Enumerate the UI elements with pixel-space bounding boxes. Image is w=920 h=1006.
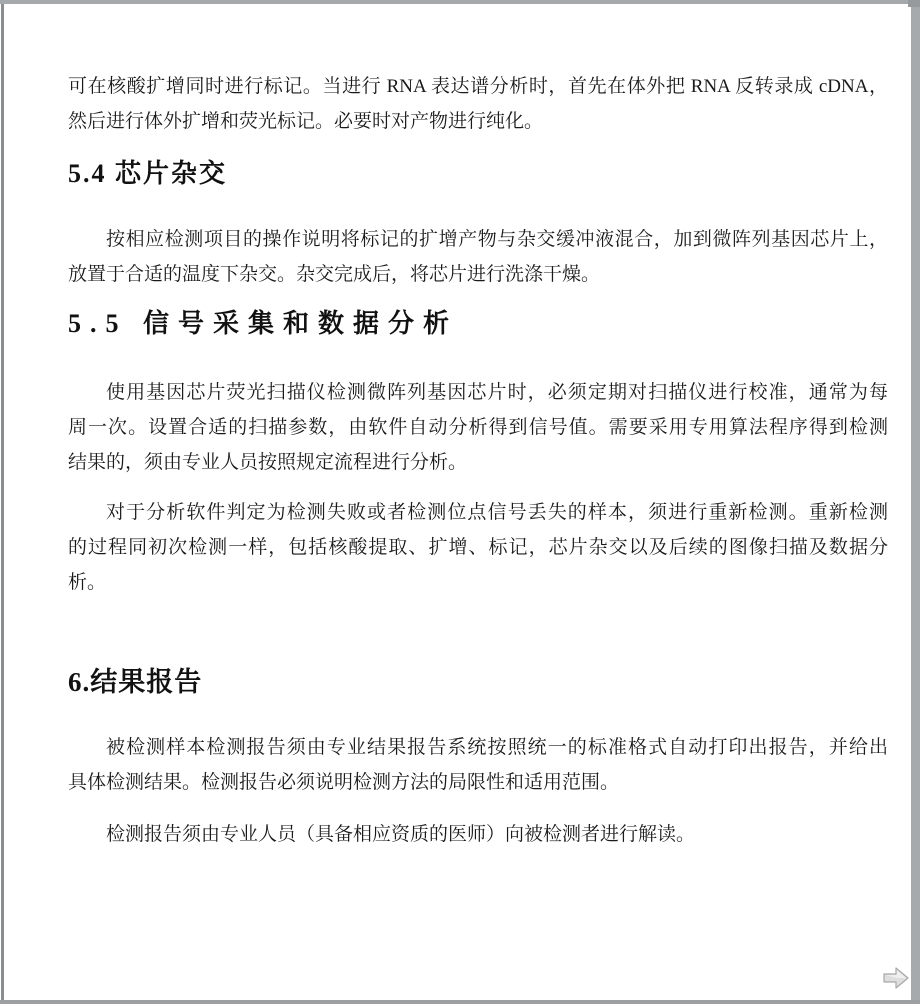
paragraph-line: 按相应检测项目的操作说明将标记的扩增产物与杂交缓冲液混合，加到微阵列基因芯片上， [68, 222, 888, 257]
paragraph-line: 的过程同初次检测一样，包括核酸提取、扩增、标记，芯片杂交以及后续的图像扫描及数据… [68, 530, 888, 565]
page-edge-top [0, 0, 920, 4]
page-edge-right [911, 0, 920, 1001]
paragraph-line: 对于分析软件判定为检测失败或者检测位点信号丢失的样本，须进行重新检测。重新检测 [68, 495, 888, 530]
paragraph: 检测报告须由专业人员（具备相应资质的医师）向被检测者进行解读。 [68, 817, 888, 852]
paragraph-line: 使用基因芯片荧光扫描仪检测微阵列基因芯片时，必须定期对扫描仪进行校准，通常为每 [68, 375, 888, 410]
page-edge-bottom [0, 1000, 920, 1004]
section-heading-6: 6.结果报告 [68, 666, 202, 698]
paragraph-line: 然后进行体外扩增和荧光标记。必要时对产物进行纯化。 [68, 104, 888, 139]
section-heading-5-5: 5.5 信号采集和数据分析 [68, 308, 458, 340]
paragraph-line: 被检测样本检测报告须由专业结果报告系统按照统一的标准格式自动打印出报告，并给出 [68, 730, 888, 765]
paragraph-line: 结果的，须由专业人员按照规定流程进行分析。 [68, 445, 888, 480]
paragraph-line: 周一次。设置合适的扫描参数，由软件自动分析得到信号值。需要采用专用算法程序得到检… [68, 410, 888, 445]
paragraph: 被检测样本检测报告须由专业结果报告系统按照统一的标准格式自动打印出报告，并给出 … [68, 730, 888, 800]
paragraph: 使用基因芯片荧光扫描仪检测微阵列基因芯片时，必须定期对扫描仪进行校准，通常为每 … [68, 375, 888, 480]
section-heading-5-4: 5.4 芯片杂交 [68, 158, 227, 190]
page-edge-right-corner [908, 0, 920, 7]
paragraph-line: 检测报告须由专业人员（具备相应资质的医师）向被检测者进行解读。 [68, 817, 888, 852]
page-edge-left [1, 4, 4, 1001]
paragraph: 可在核酸扩增同时进行标记。当进行 RNA 表达谱分析时，首先在体外把 RNA 反… [68, 69, 888, 139]
paragraph-line: 放置于合适的温度下杂交。杂交完成后，将芯片进行洗涤干燥。 [68, 257, 888, 292]
next-page-arrow-icon[interactable] [881, 963, 911, 993]
paragraph: 对于分析软件判定为检测失败或者检测位点信号丢失的样本，须进行重新检测。重新检测 … [68, 495, 888, 600]
paragraph-line: 具体检测结果。检测报告必须说明检测方法的局限性和适用范围。 [68, 765, 888, 800]
paragraph-line: 析。 [68, 565, 888, 600]
paragraph: 按相应检测项目的操作说明将标记的扩增产物与杂交缓冲液混合，加到微阵列基因芯片上，… [68, 222, 888, 292]
paragraph-line: 可在核酸扩增同时进行标记。当进行 RNA 表达谱分析时，首先在体外把 RNA 反… [68, 69, 888, 104]
